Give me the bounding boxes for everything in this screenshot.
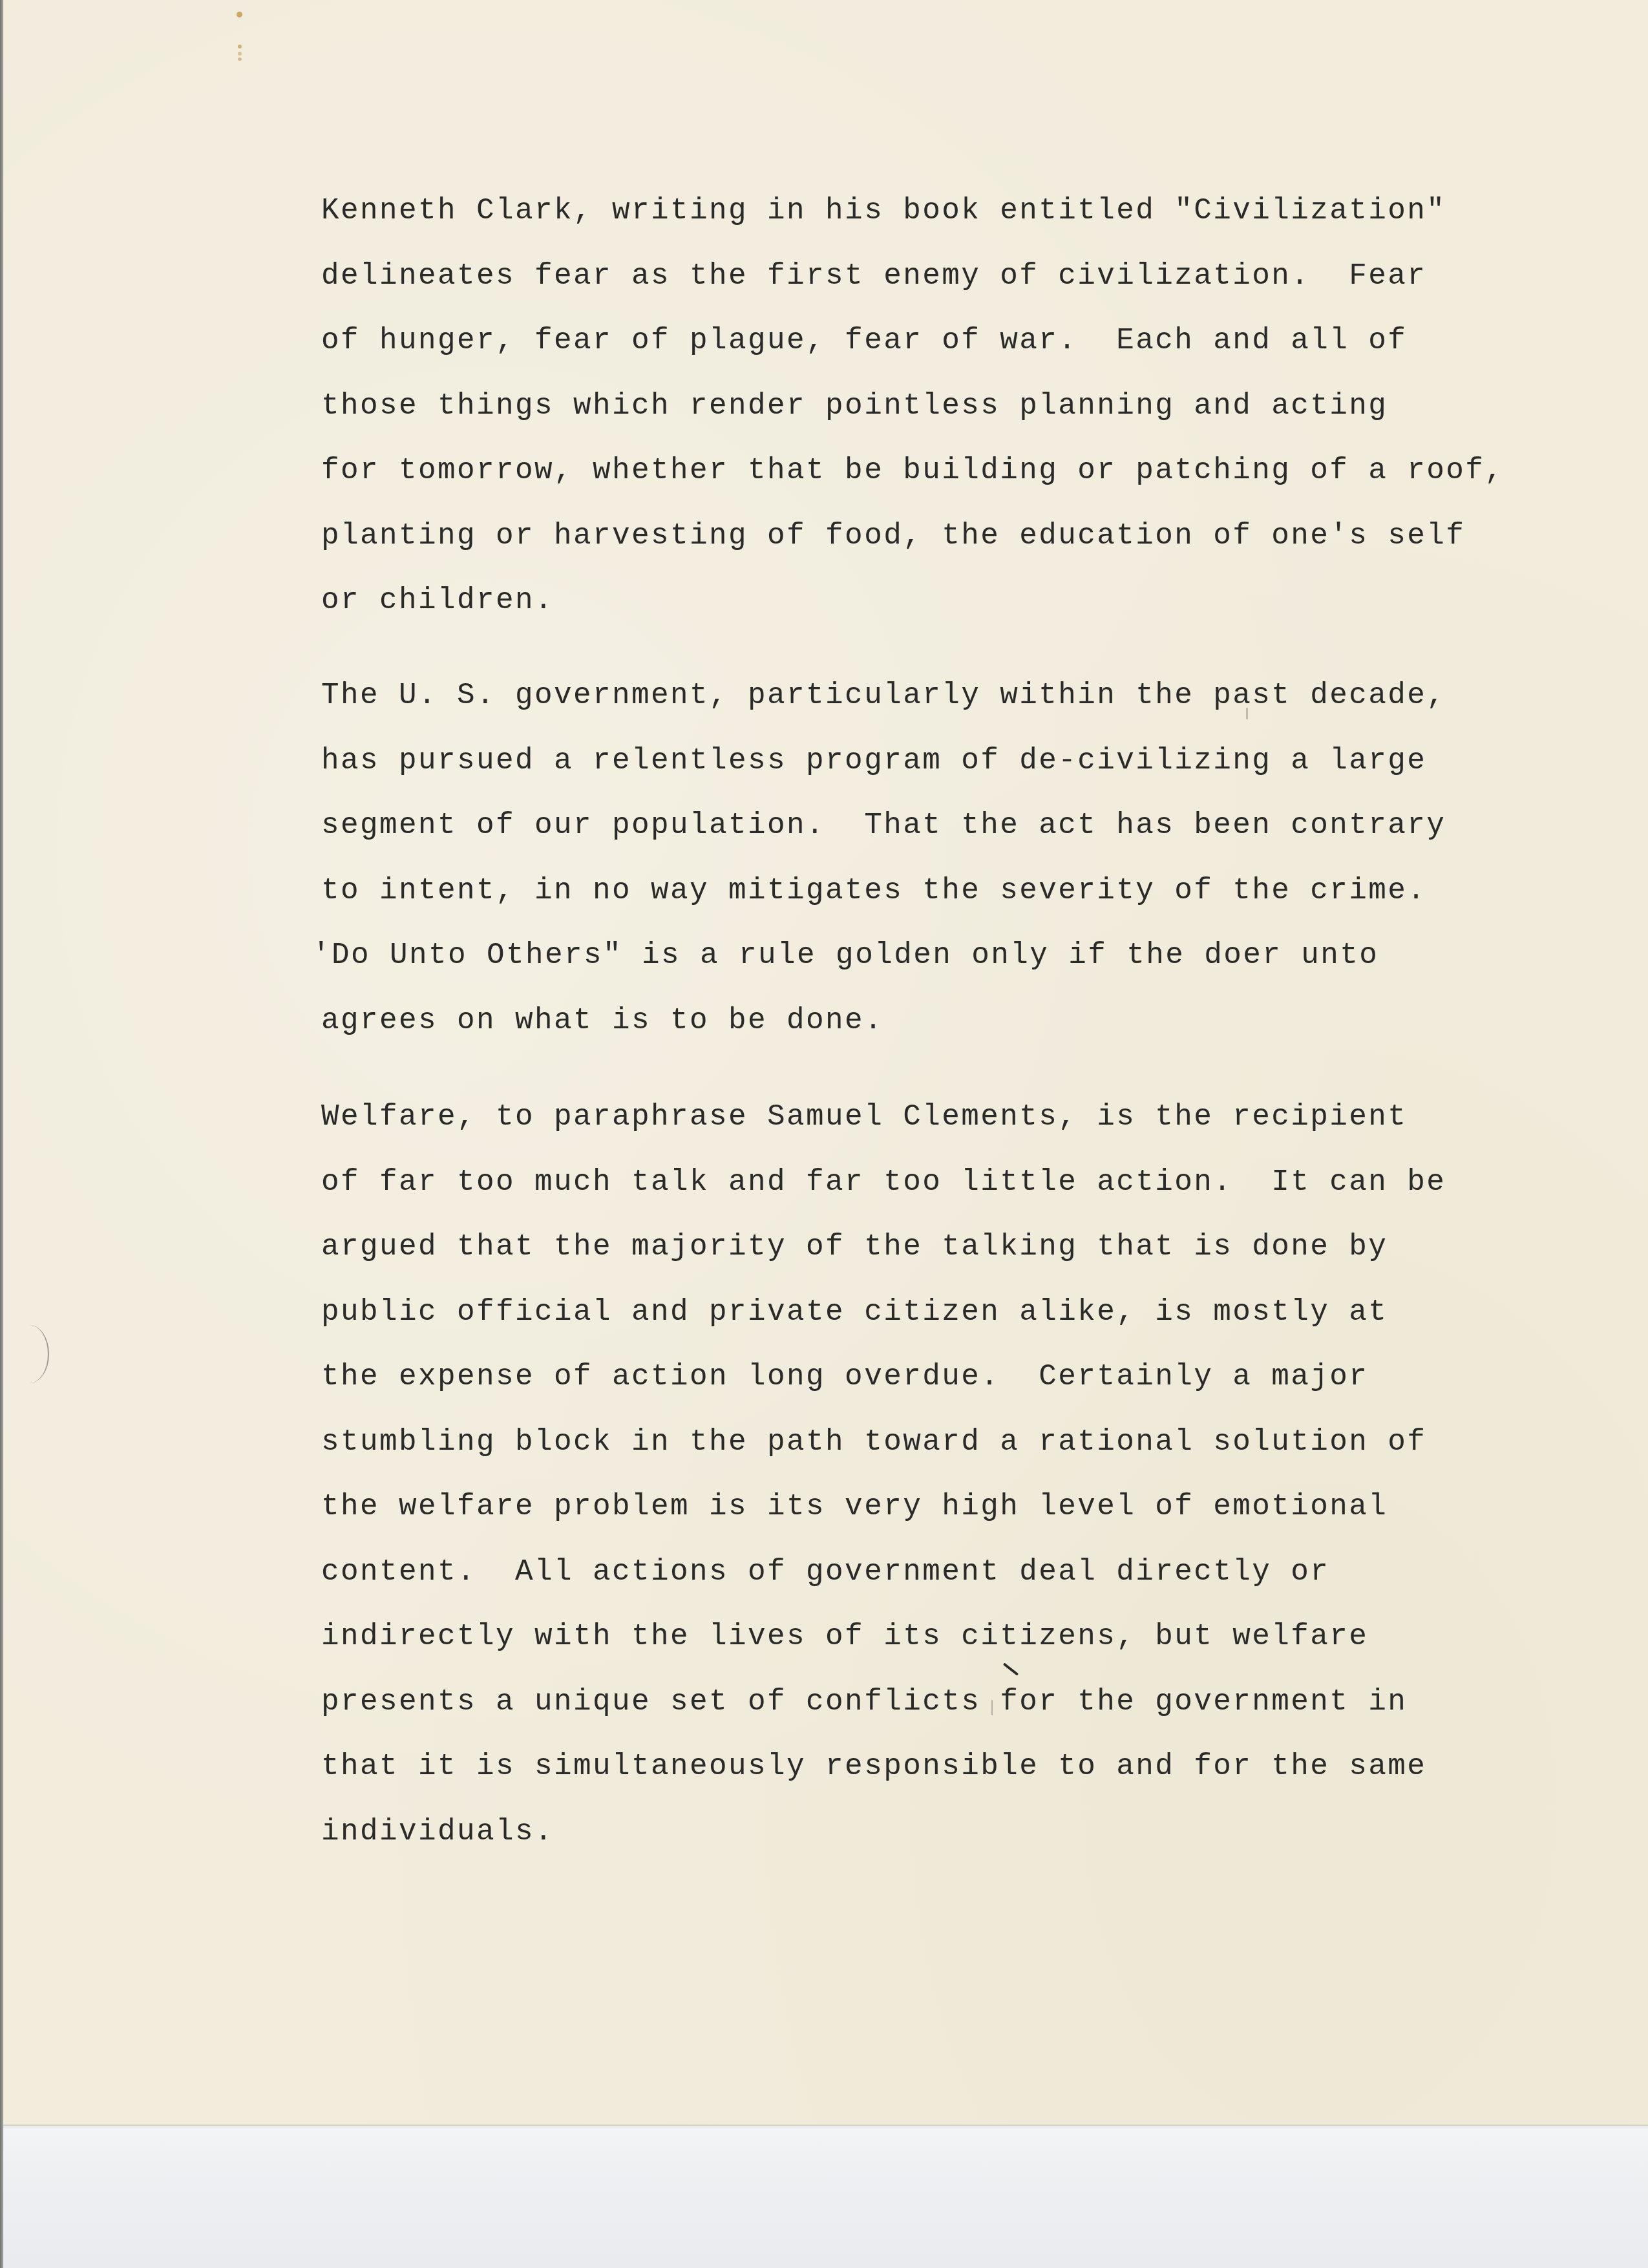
text-line: argued that the majority of the talking … xyxy=(321,1214,1446,1280)
text-line: those things which render pointless plan… xyxy=(321,374,1504,439)
text-line: the welfare problem is its very high lev… xyxy=(321,1474,1446,1540)
text-line: or children. xyxy=(321,568,1504,633)
text-line: for tomorrow, whether that be building o… xyxy=(321,438,1504,503)
text-line: stumbling block in the path toward a rat… xyxy=(321,1410,1446,1475)
scan-left-edge xyxy=(0,0,3,2268)
text-line: delineates fear as the first enemy of ci… xyxy=(321,244,1504,309)
paragraph-3: Welfare, to paraphrase Samuel Clements, … xyxy=(321,1085,1446,1864)
text-line: content. All actions of government deal … xyxy=(321,1540,1446,1605)
text-line: presents a unique set of conflicts for t… xyxy=(321,1669,1446,1735)
text-line: Welfare, to paraphrase Samuel Clements, … xyxy=(321,1085,1446,1150)
text-line: individuals. xyxy=(321,1799,1446,1865)
text-line: The U. S. government, particularly withi… xyxy=(321,663,1446,728)
hair-arc-mark xyxy=(9,1325,49,1383)
text-line: segment of our population. That the act … xyxy=(321,793,1446,858)
text-line: of hunger, fear of plague, fear of war. … xyxy=(321,308,1504,374)
paper-sheet: Kenneth Clark, writing in his book entit… xyxy=(0,0,1648,2126)
rust-stain-mark xyxy=(238,52,242,56)
paragraph-1: Kenneth Clark, writing in his book entit… xyxy=(321,178,1504,633)
text-line: agrees on what is to be done. xyxy=(321,988,1446,1054)
rust-stain-mark xyxy=(237,12,242,17)
scanner-bed-background xyxy=(0,2125,1648,2268)
text-line: Kenneth Clark, writing in his book entit… xyxy=(321,178,1504,244)
text-line: public official and private citizen alik… xyxy=(321,1280,1446,1345)
paragraph-2: The U. S. government, particularly withi… xyxy=(321,663,1446,1053)
rust-stain-mark xyxy=(238,45,242,48)
text-line: to intent, in no way mitigates the sever… xyxy=(321,858,1446,924)
text-line: has pursued a relentless program of de-c… xyxy=(321,728,1446,794)
text-line: of far too much talk and far too little … xyxy=(321,1150,1446,1215)
text-line: planting or harvesting of food, the educ… xyxy=(321,503,1504,569)
text-line: the expense of action long overdue. Cert… xyxy=(321,1344,1446,1410)
text-line: that it is simultaneously responsible to… xyxy=(321,1734,1446,1799)
text-line: 'Do Unto Others" is a rule golden only i… xyxy=(312,923,1446,988)
text-line: indirectly with the lives of its citizen… xyxy=(321,1604,1446,1669)
rust-stain-mark xyxy=(238,58,242,61)
